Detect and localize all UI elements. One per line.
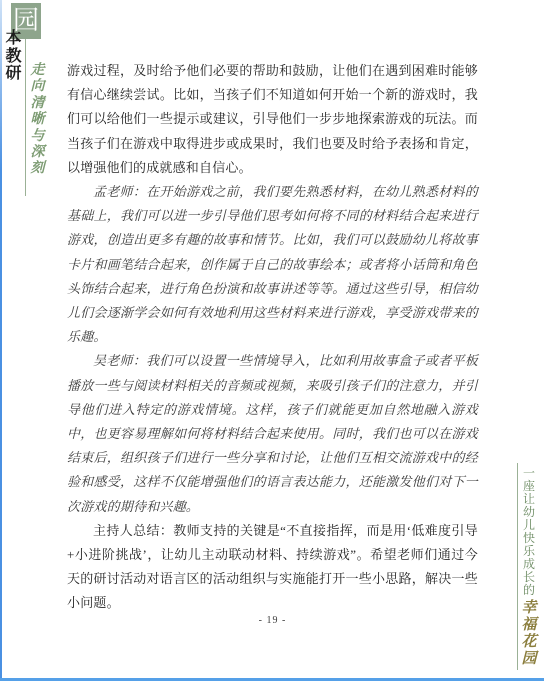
left-slogan-char: 晰 bbox=[31, 112, 45, 128]
left-slogan-vertical: 走向清晰与深刻 bbox=[28, 63, 47, 178]
left-slogan-char: 向 bbox=[31, 79, 45, 95]
left-vertical-rule bbox=[25, 39, 26, 196]
series-title-char: 本 bbox=[5, 30, 21, 48]
series-title-char: 教 bbox=[5, 48, 21, 66]
paragraph: 游戏过程，及时给予他们必要的帮助和鼓励，让他们在遇到困难时能够有信心继续尝试。比… bbox=[67, 59, 478, 180]
right-slogan-calligraphy-char: 花 bbox=[521, 634, 536, 651]
series-title-char: 研 bbox=[5, 65, 21, 83]
right-slogan-vertical: 一座让幼儿快乐成长的幸福花园 bbox=[519, 467, 539, 668]
right-slogan-char: 的 bbox=[523, 584, 535, 597]
left-slogan-char: 清 bbox=[31, 96, 45, 112]
left-slogan-char: 刻 bbox=[31, 161, 45, 177]
paragraph: 主持人总结：教师支持的关键是“不直接指挥，而是用‘低难度引导+小进阶挑战’，让幼… bbox=[67, 519, 478, 616]
paragraph: 孟老师：在开始游戏之前，我们要先熟悉材料，在幼儿熟悉材料的基础上，我们可以进一步… bbox=[67, 180, 478, 349]
series-title-vertical: 本教研 bbox=[3, 30, 24, 83]
right-slogan-calligraphy-char: 福 bbox=[521, 617, 536, 634]
body-text: 游戏过程，及时给予他们必要的帮助和鼓励，让他们在遇到困难时能够有信心继续尝试。比… bbox=[67, 59, 478, 616]
paragraph: 吴老师：我们可以设置一些情境导入，比如利用故事盒子或者平板播放一些与阅读材料相关… bbox=[67, 349, 478, 518]
left-edge-line bbox=[0, 0, 2, 681]
left-slogan-char: 走 bbox=[31, 63, 45, 79]
left-slogan-char: 与 bbox=[31, 129, 45, 145]
page-number: - 19 - bbox=[67, 615, 478, 626]
right-vertical-rule bbox=[517, 463, 518, 670]
right-slogan-calligraphy-char: 幸 bbox=[521, 600, 536, 617]
right-slogan-calligraphy-char: 园 bbox=[521, 651, 536, 668]
left-slogan-char: 深 bbox=[31, 145, 45, 161]
